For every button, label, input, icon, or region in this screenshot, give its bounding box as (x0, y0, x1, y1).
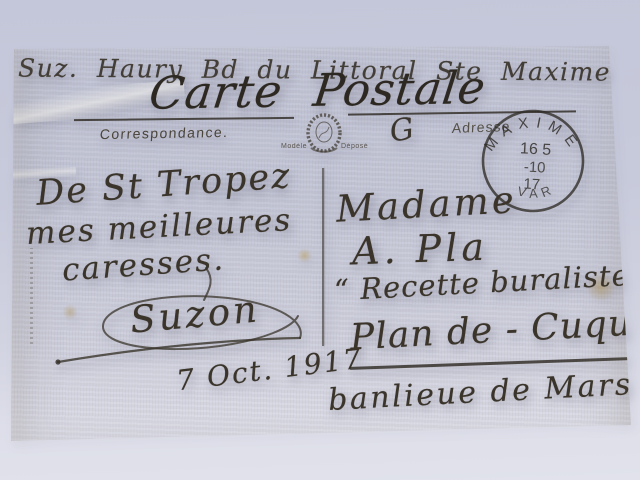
paper-vignette (0, 0, 640, 480)
postcard-shadow: Suz. Haury Bd du Littoral Ste Maxime - V… (0, 0, 640, 480)
postcard: Suz. Haury Bd du Littoral Ste Maxime - V… (0, 0, 640, 480)
photo-background: Suz. Haury Bd du Littoral Ste Maxime - V… (0, 0, 640, 480)
